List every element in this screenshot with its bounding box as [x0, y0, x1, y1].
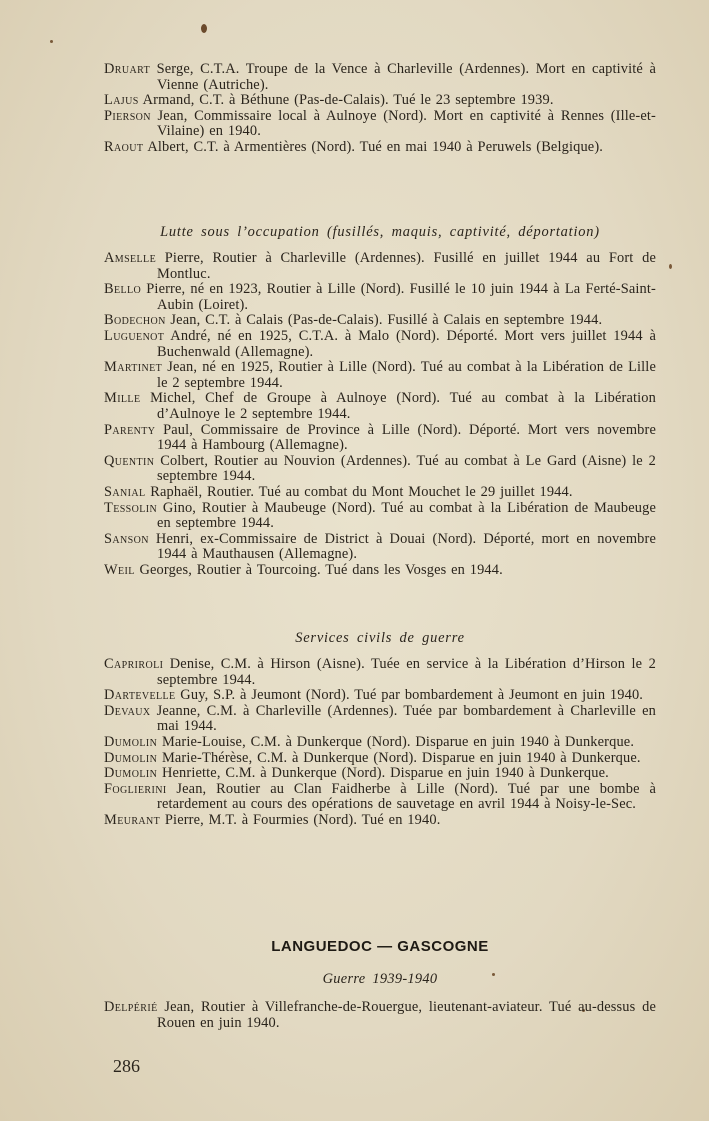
entry: Dumolin Marie-Thérèse, C.M. à Dunkerque … [104, 751, 656, 767]
entry: Devaux Jeanne, C.M. à Charleville (Arden… [104, 704, 656, 735]
entry: Lajus Armand, C.T. à Béthune (Pas-de-Cal… [104, 93, 656, 109]
entry: Martinet Jean, né en 1925, Routier à Lil… [104, 360, 656, 391]
entry: Mille Michel, Chef de Groupe à Aulnoye (… [104, 391, 656, 422]
entry-text: Henri, ex-Commissaire de District à Doua… [149, 531, 656, 563]
entry-text: Jeanne, C.M. à Charleville (Ardennes). T… [151, 703, 657, 735]
entry: Parenty Paul, Commissaire de Province à … [104, 423, 656, 454]
entry-text: Jean, Routier à Villefranche-de-Rouergue… [157, 999, 656, 1031]
entry-text: Colbert, Routier au Nouvion (Ardennes). … [154, 453, 656, 485]
entry: Foglierini Jean, Routier au Clan Faidher… [104, 782, 656, 813]
entry-surname: Dumolin [104, 750, 157, 766]
entry: Dartevelle Guy, S.P. à Jeumont (Nord). T… [104, 688, 656, 704]
entry-surname: Foglierini [104, 781, 167, 797]
book-page: Druart Serge, C.T.A. Troupe de la Vence … [0, 0, 709, 1121]
entry-text: Jean, C.T. à Calais (Pas-de-Calais). Fus… [166, 312, 603, 328]
entry-text: Jean, Routier au Clan Faidherbe à Lille … [157, 781, 656, 813]
entries-group-1: Druart Serge, C.T.A. Troupe de la Vence … [104, 62, 656, 156]
section-title-war-1939-1940: Guerre 1939-1940 [104, 971, 656, 988]
entry-surname: Lajus [104, 92, 139, 108]
entry-surname: Amselle [104, 250, 156, 266]
entry: Delpérié Jean, Routier à Villefranche-de… [104, 1000, 656, 1031]
entry: Tessolin Gino, Routier à Maubeuge (Nord)… [104, 501, 656, 532]
entry-surname: Martinet [104, 359, 162, 375]
entry: Druart Serge, C.T.A. Troupe de la Vence … [104, 62, 656, 93]
entry-text: Denise, C.M. à Hirson (Aisne). Tuée en s… [157, 656, 656, 688]
entry-text: Guy, S.P. à Jeumont (Nord). Tué par bomb… [176, 687, 643, 703]
entry-surname: Capriroli [104, 656, 163, 672]
entry: Bello Pierre, né en 1923, Routier à Lill… [104, 282, 656, 313]
entry-text: Marie-Thérèse, C.M. à Dunkerque (Nord). … [157, 750, 640, 766]
entry-text: Pierre, né en 1923, Routier à Lille (Nor… [141, 281, 656, 313]
section-title-civil-services: Services civils de guerre [104, 630, 656, 647]
entry: Luguenot André, né en 1925, C.T.A. à Mal… [104, 329, 656, 360]
entry: Meurant Pierre, M.T. à Fourmies (Nord). … [104, 813, 656, 829]
entry-surname: Sanson [104, 531, 149, 547]
entry-text: Michel, Chef de Groupe à Aulnoye (Nord).… [140, 390, 656, 422]
entry-surname: Quentin [104, 453, 154, 469]
entry: Bodechon Jean, C.T. à Calais (Pas-de-Cal… [104, 313, 656, 329]
entry-surname: Dumolin [104, 734, 157, 750]
entry: Amselle Pierre, Routier à Charleville (A… [104, 251, 656, 282]
entry-text: Marie-Louise, C.M. à Dunkerque (Nord). D… [157, 734, 634, 750]
entry-text: Henriette, C.M. à Dunkerque (Nord). Disp… [157, 765, 609, 781]
entry-text: Jean, né en 1925, Routier à Lille (Nord)… [157, 359, 656, 391]
entry: Weil Georges, Routier à Tourcoing. Tué d… [104, 563, 656, 579]
entry: Raout Albert, C.T. à Armentières (Nord).… [104, 140, 656, 156]
section-title-occupation: Lutte sous l’occupation (fusillés, maqui… [104, 224, 656, 241]
entry-surname: Tessolin [104, 500, 157, 516]
entry-surname: Druart [104, 61, 150, 77]
entries-civil-services: Capriroli Denise, C.M. à Hirson (Aisne).… [104, 657, 656, 829]
entry-text: Raphaël, Routier. Tué au combat du Mont … [146, 484, 573, 500]
entry: Dumolin Marie-Louise, C.M. à Dunkerque (… [104, 735, 656, 751]
region-heading: LANGUEDOC — GASCOGNE [104, 938, 656, 955]
entries-languedoc: Delpérié Jean, Routier à Villefranche-de… [104, 1000, 656, 1031]
entry-surname: Delpérié [104, 999, 158, 1015]
entry: Sanial Raphaël, Routier. Tué au combat d… [104, 485, 656, 501]
entry: Quentin Colbert, Routier au Nouvion (Ard… [104, 454, 656, 485]
entry: Dumolin Henriette, C.M. à Dunkerque (Nor… [104, 766, 656, 782]
entry-surname: Weil [104, 562, 135, 578]
entry-text: Pierre, Routier à Charleville (Ardennes)… [156, 250, 656, 282]
page-number: 286 [113, 1056, 140, 1077]
paper-speck [201, 24, 207, 33]
entry: Pierson Jean, Commissaire local à Aulnoy… [104, 109, 656, 140]
entry-surname: Devaux [104, 703, 151, 719]
entry: Capriroli Denise, C.M. à Hirson (Aisne).… [104, 657, 656, 688]
entry-text: Albert, C.T. à Armentières (Nord). Tué e… [143, 139, 603, 155]
entry-surname: Bodechon [104, 312, 166, 328]
entry-surname: Dartevelle [104, 687, 176, 703]
entry-text: Armand, C.T. à Béthune (Pas-de-Calais). … [139, 92, 554, 108]
entry-text: Serge, C.T.A. Troupe de la Vence à Charl… [150, 61, 656, 93]
entry: Sanson Henri, ex-Commissaire de District… [104, 532, 656, 563]
entry-surname: Parenty [104, 422, 155, 438]
entry-text: Pierre, M.T. à Fourmies (Nord). Tué en 1… [160, 812, 440, 828]
entry-surname: Sanial [104, 484, 146, 500]
paper-speck [50, 40, 53, 43]
entry-text: Jean, Commissaire local à Aulnoye (Nord)… [151, 108, 656, 140]
entry-text: Gino, Routier à Maubeuge (Nord). Tué au … [157, 500, 656, 532]
entry-surname: Luguenot [104, 328, 164, 344]
entry-text: Georges, Routier à Tourcoing. Tué dans l… [135, 562, 503, 578]
entry-surname: Mille [104, 390, 140, 406]
entry-text: André, né en 1925, C.T.A. à Malo (Nord).… [157, 328, 656, 360]
entry-surname: Bello [104, 281, 141, 297]
entry-surname: Raout [104, 139, 143, 155]
entry-surname: Dumolin [104, 765, 157, 781]
paper-speck [669, 264, 672, 269]
entry-text: Paul, Commissaire de Province à Lille (N… [155, 422, 656, 454]
entries-occupation: Amselle Pierre, Routier à Charleville (A… [104, 251, 656, 578]
entry-surname: Pierson [104, 108, 151, 124]
entry-surname: Meurant [104, 812, 160, 828]
